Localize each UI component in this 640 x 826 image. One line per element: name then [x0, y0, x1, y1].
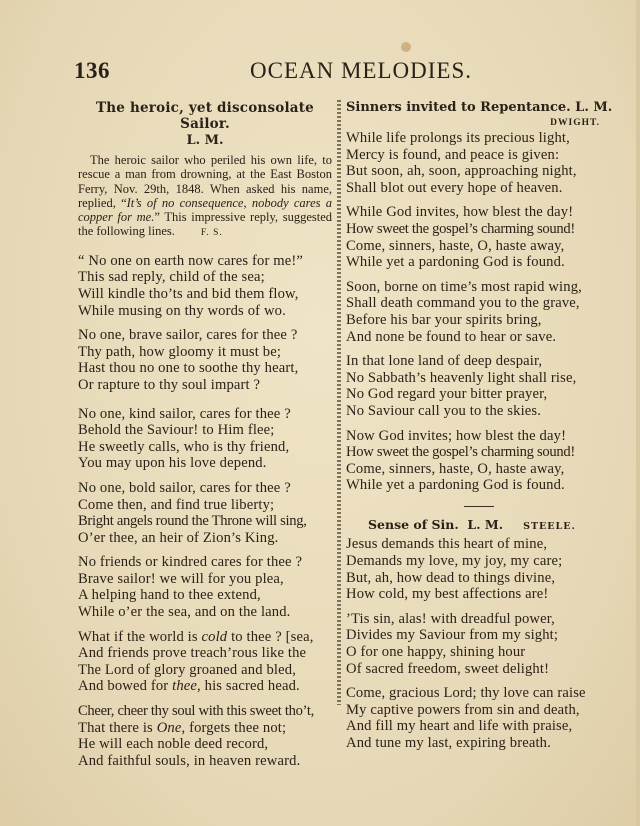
verse-line: Shall death command you to the grave, — [346, 295, 612, 312]
book-page: 136 OCEAN MELODIES. The heroic, yet disc… — [0, 0, 640, 826]
hymn-title-sense-of-sin: Sense of Sin. L. M.STEELE. — [346, 517, 612, 535]
verse-line: Thy path, how gloomy it must be; — [78, 344, 332, 361]
verse-line: How cold, my best affections are! — [346, 586, 612, 603]
verse-line: Come, sinners, haste, O, haste away, — [346, 461, 612, 478]
stanza: While life prolongs its precious light, … — [346, 130, 612, 196]
stanza: Cheer, cheer thy soul with this sweet th… — [78, 703, 332, 769]
verse-line: Before his bar your spirits bring, — [346, 312, 612, 329]
hymn-title-sinners-invited: Sinners invited to Repentance. L. M. — [346, 100, 612, 116]
verse-line: No one, bold sailor, cares for thee ? — [78, 480, 332, 497]
verse-line: While God invites, how blest the day! — [346, 204, 612, 221]
verse-line: While yet a pardoning God is found. — [346, 254, 612, 271]
verse-line: “ No one on earth now cares for me!” — [78, 253, 332, 270]
column-divider-wavy-rule — [337, 100, 341, 705]
left-column: The heroic, yet disconsolate Sailor. L. … — [78, 100, 332, 769]
verse-line: How sweet the gospel’s charming sound! — [346, 444, 612, 461]
verse-line: The Lord of glory groaned and bled, — [78, 662, 332, 679]
stanza: No friends or kindred cares for thee ? B… — [78, 554, 332, 620]
page-header: 136 OCEAN MELODIES. — [74, 58, 594, 88]
verse-line: Mercy is found, and peace is given: — [346, 147, 612, 164]
verse-line: Behold the Saviour! to Him flee; — [78, 422, 332, 439]
verse-line: No one, brave sailor, cares for thee ? — [78, 327, 332, 344]
verse-line: But soon, ah, soon, approaching night, — [346, 163, 612, 180]
stanza: Come, gracious Lord; thy love can raise … — [346, 685, 612, 751]
hymn-meter: L. M. — [78, 132, 332, 149]
verse-line: While musing on thy words of wo. — [78, 303, 332, 320]
verse-line: While yet a pardoning God is found. — [346, 477, 612, 494]
verse-line: No God regard your bitter prayer, — [346, 386, 612, 403]
verse-line: O’er thee, an heir of Zion’s King. — [78, 530, 332, 547]
verse-line: ’Tis sin, alas! with dreadful power, — [346, 611, 612, 628]
verse-line: No friends or kindred cares for thee ? — [78, 554, 332, 571]
stanza: Soon, borne on time’s most rapid wing, S… — [346, 279, 612, 345]
verse-line: What if the world is cold to thee ? [sea… — [78, 629, 332, 646]
page-number: 136 — [74, 58, 110, 84]
stanza: “ No one on earth now cares for me!” Thi… — [78, 253, 332, 319]
paper-stain — [401, 42, 411, 52]
verse-line: In that lone land of deep despair, — [346, 353, 612, 370]
stanza: While God invites, how blest the day! Ho… — [346, 204, 612, 270]
right-column: Sinners invited to Repentance. L. M. DWI… — [346, 100, 612, 752]
verse-line: Soon, borne on time’s most rapid wing, — [346, 279, 612, 296]
stanza: No one, kind sailor, cares for thee ? Be… — [78, 406, 332, 472]
verse-line: Come, sinners, haste, O, haste away, — [346, 238, 612, 255]
verse-line: And faithful souls, in heaven reward. — [78, 753, 332, 770]
verse-line: Hast thou no one to soothe thy heart, — [78, 360, 332, 377]
verse-line: Now God invites; how blest the day! — [346, 428, 612, 445]
verse-line: My captive powers from sin and death, — [346, 702, 612, 719]
page-edge — [636, 0, 640, 826]
verse-line: While life prolongs its precious light, — [346, 130, 612, 147]
verse-line: Jesus demands this heart of mine, — [346, 536, 612, 553]
section-rule — [464, 506, 494, 508]
verse-line: Brave sailor! we will for you plea, — [78, 571, 332, 588]
intro-signature: F. S. — [201, 228, 223, 238]
verse-line: No one, kind sailor, cares for thee ? — [78, 406, 332, 423]
verse-line: Bright angels round the Throne will sing… — [78, 513, 332, 530]
verse-line: No Saviour call you to the skies. — [346, 403, 612, 420]
stanza: Now God invites; how blest the day! How … — [346, 428, 612, 494]
stanza: Jesus demands this heart of mine, Demand… — [346, 536, 612, 602]
verse-line: And none be found to hear or save. — [346, 329, 612, 346]
verse-line: O for one happy, shining hour — [346, 644, 612, 661]
verse-line: Or rapture to thy soul impart ? — [78, 377, 332, 394]
verse-line: And friends prove treach’rous like the — [78, 645, 332, 662]
verse-line: This sad reply, child of the sea; — [78, 269, 332, 286]
verse-line: Shall blot out every hope of heaven. — [346, 180, 612, 197]
hymn-title-heroic-sailor: The heroic, yet disconsolate Sailor. — [78, 100, 332, 132]
verse-line: A helping hand to thee extend, — [78, 587, 332, 604]
stanza: In that lone land of deep despair, No Sa… — [346, 353, 612, 419]
verse-line: Come, gracious Lord; thy love can raise — [346, 685, 612, 702]
stanza: What if the world is cold to thee ? [sea… — [78, 629, 332, 695]
verse-line: While o’er the sea, and on the land. — [78, 604, 332, 621]
stanza: No one, bold sailor, cares for thee ? Co… — [78, 480, 332, 546]
verse-line: But, ah, how dead to things divine, — [346, 570, 612, 587]
verse-line: Of sacred freedom, sweet delight! — [346, 661, 612, 678]
verse-line: No Sabbath’s heavenly light shall rise, — [346, 370, 612, 387]
verse-line: Cheer, cheer thy soul with this sweet th… — [78, 703, 332, 720]
hymn-author: STEELE. — [523, 521, 576, 532]
verse-line: He will each noble deed record, — [78, 736, 332, 753]
verse-line: And tune my last, expiring breath. — [346, 735, 612, 752]
verse-line: Will kindle tho’ts and bid them flow, — [78, 286, 332, 303]
verse-line: Divides my Saviour from my sight; — [346, 627, 612, 644]
verse-line: And bowed for thee, his sacred head. — [78, 678, 332, 695]
verse-line: Come then, and find true liberty; — [78, 497, 332, 514]
running-title: OCEAN MELODIES. — [250, 58, 472, 84]
verse-line: You may upon his love depend. — [78, 455, 332, 472]
stanza: ’Tis sin, alas! with dreadful power, Div… — [346, 611, 612, 677]
verse-line: He sweetly calls, who is thy friend, — [78, 439, 332, 456]
intro-paragraph: The heroic sailor who periled his own li… — [78, 153, 332, 241]
verse-line: How sweet the gospel’s charming sound! — [346, 221, 612, 238]
verse-line: Demands my love, my joy, my care; — [346, 553, 612, 570]
hymn-author: DWIGHT. — [346, 116, 600, 130]
verse-line: And fill my heart and life with praise, — [346, 718, 612, 735]
stanza: No one, brave sailor, cares for thee ? T… — [78, 327, 332, 393]
verse-line: That there is One, forgets thee not; — [78, 720, 332, 737]
